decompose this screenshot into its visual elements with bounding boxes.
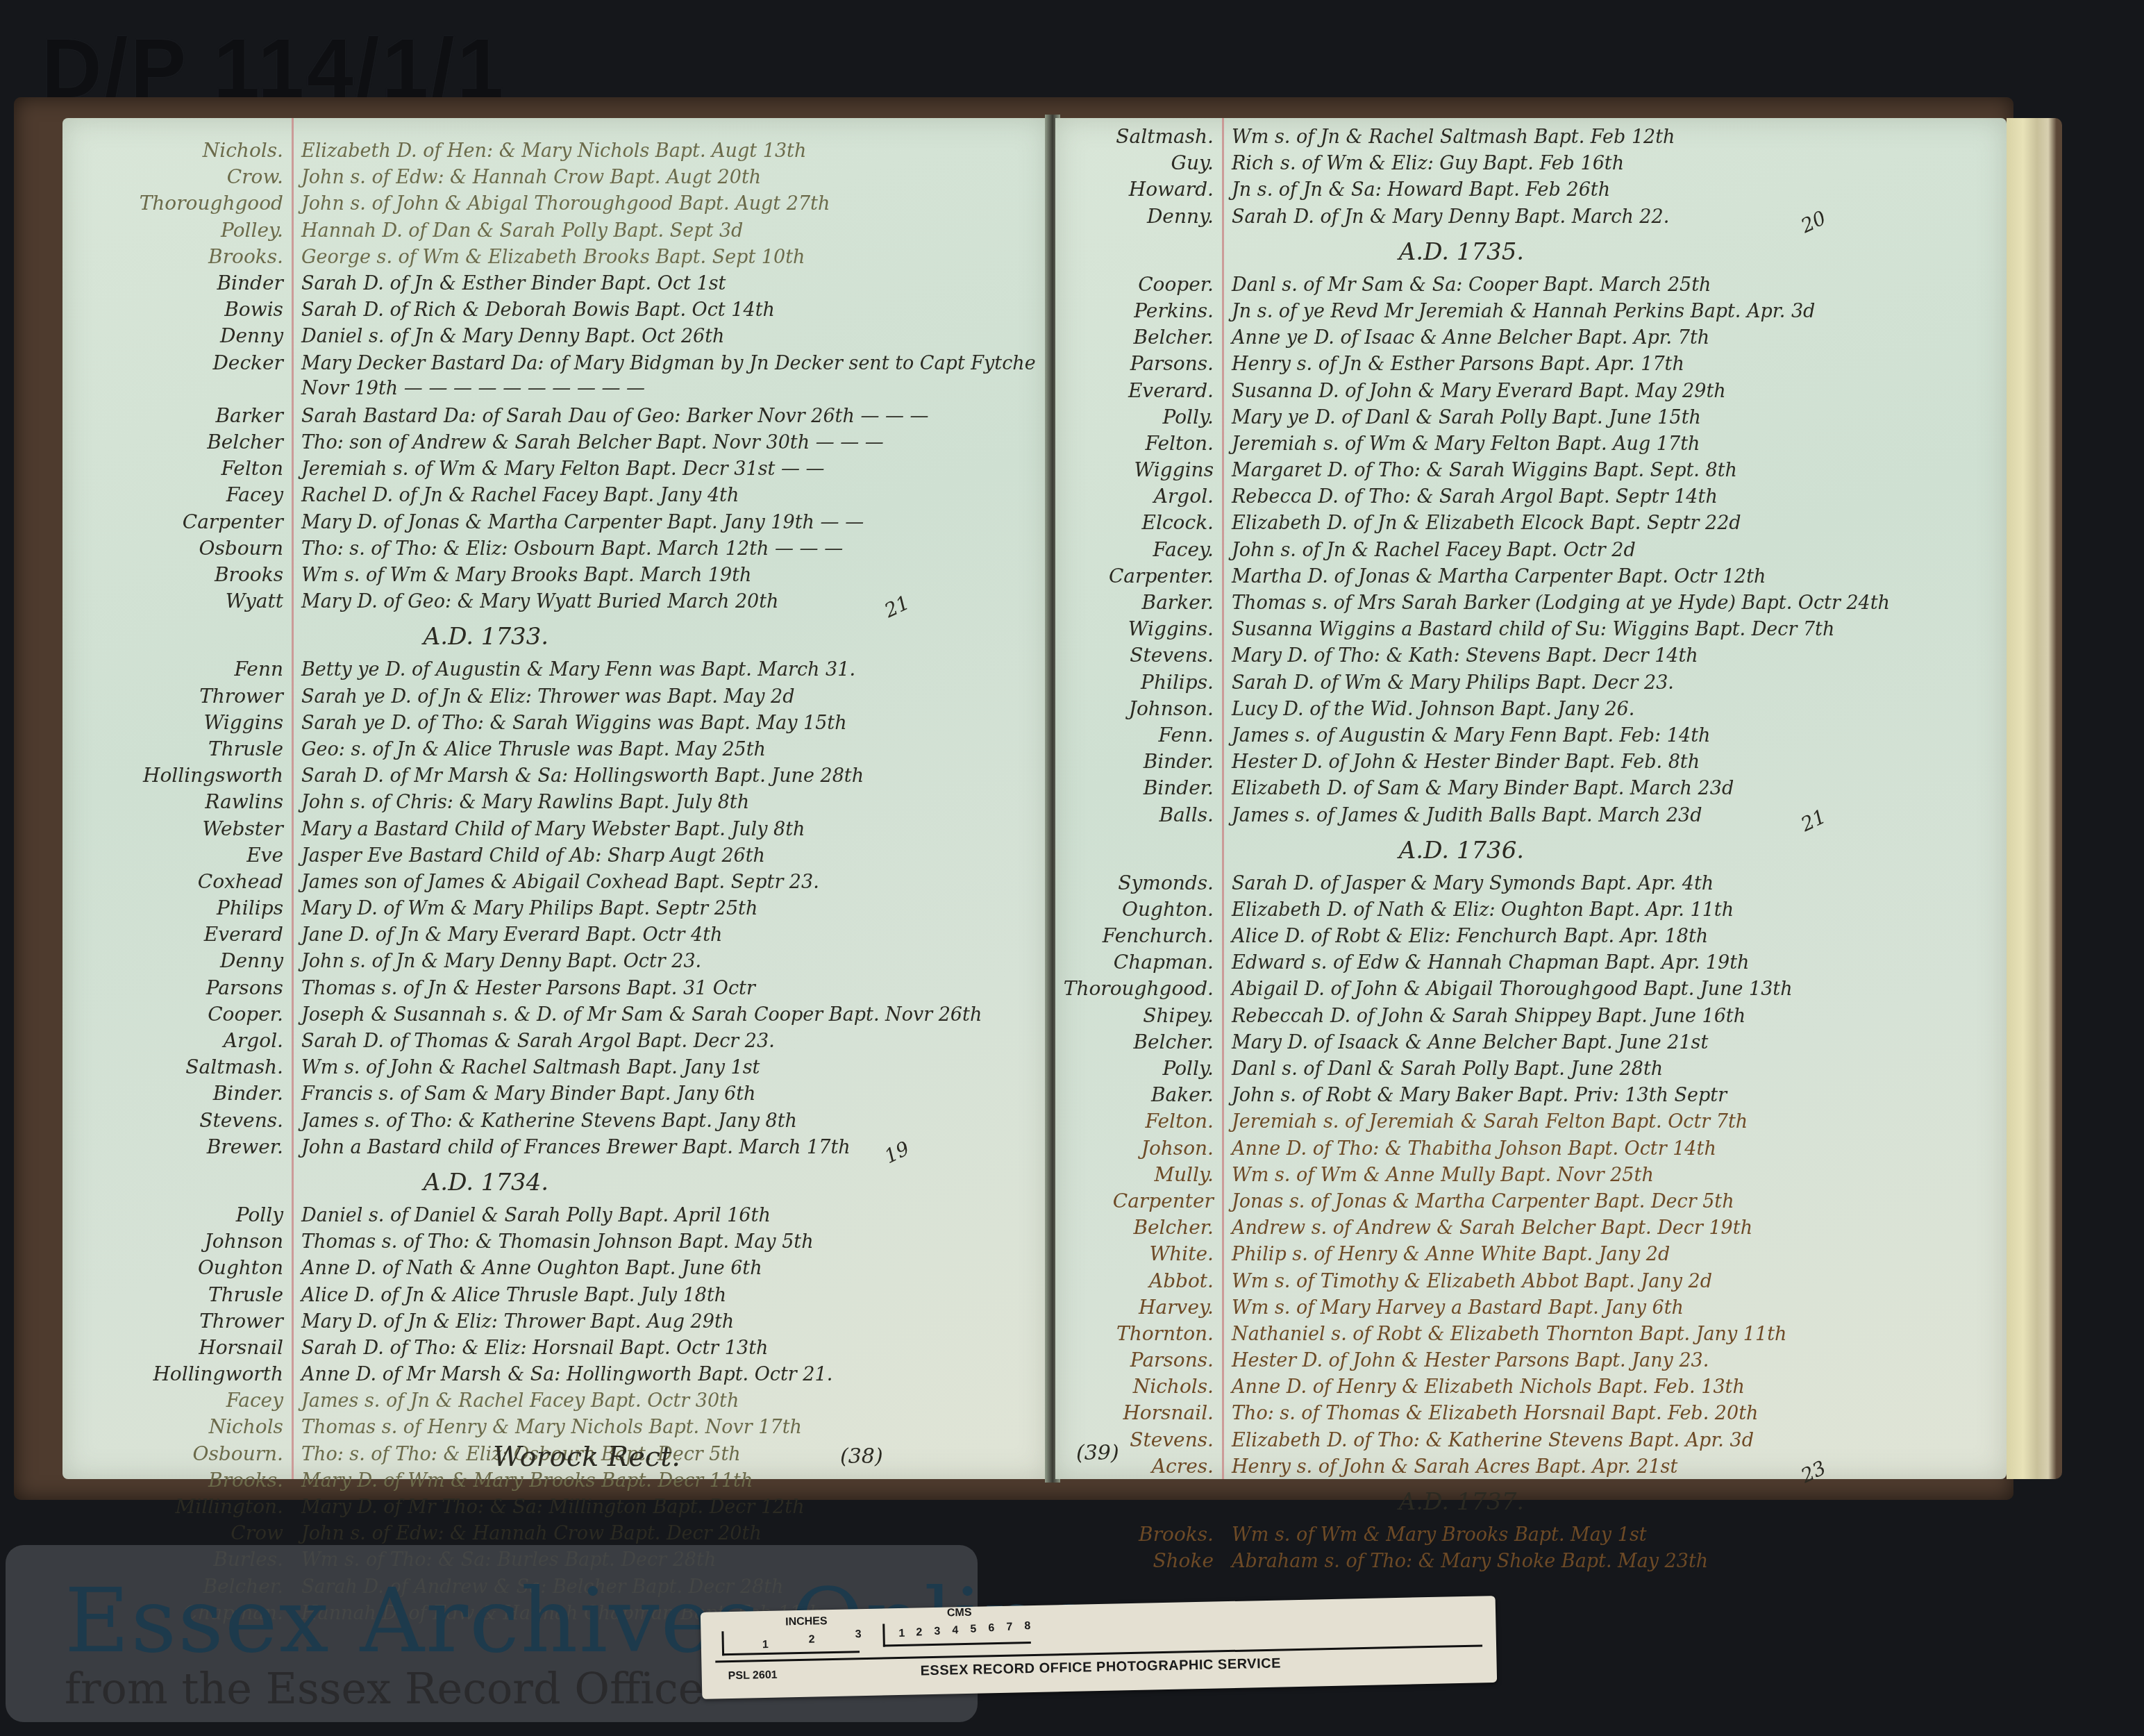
entry-text: Danl s. of Mr Sam & Sa: Cooper Bapt. Mar… (1222, 274, 2007, 296)
entry-surname: Hollingworth (62, 1362, 292, 1385)
entry-text: Elizabeth D. of Hen: & Mary Nichols Bapt… (292, 140, 1048, 162)
entry-surname: Johson. (1055, 1137, 1222, 1160)
register-entry: Shipey.Rebeccah D. of John & Sarah Shipp… (1055, 1004, 2007, 1030)
entry-text: Mary a Bastard Child of Mary Webster Bap… (292, 819, 1048, 840)
entry-surname: Belcher. (1055, 1216, 1222, 1239)
entry-text: Anne ye D. of Isaac & Anne Belcher Bapt.… (1222, 327, 2007, 349)
inch-tick: 2 (808, 1634, 814, 1646)
register-entry: OughtonAnne D. of Nath & Anne Oughton Ba… (62, 1256, 1048, 1283)
page-number: (38) (840, 1444, 883, 1469)
entry-text: Mary D. of Geo: & Mary Wyatt Buried Marc… (292, 591, 1048, 612)
register-entry: DeckerMary Decker Bastard Da: of Mary Bi… (62, 351, 1048, 378)
register-entry: Crow.John s. of Edw: & Hannah Crow Bapt.… (62, 165, 1048, 192)
register-entry: FeltonJeremiah s. of Wm & Mary Felton Ba… (62, 457, 1048, 483)
entry-text: Jasper Eve Bastard Child of Ab: Sharp Au… (292, 845, 1048, 867)
entry-text: Alice D. of Jn & Alice Thrusle Bapt. Jul… (292, 1285, 1048, 1306)
register-entry: ShokeAbraham s. of Tho: & Mary Shoke Bap… (1055, 1549, 2007, 1576)
register-entry: Binder.Elizabeth D. of Sam & Mary Binder… (1055, 776, 2007, 803)
entry-surname: Saltmash. (62, 1055, 292, 1078)
register-entry: OsbournTho: s. of Tho: & Eliz: Osbourn B… (62, 537, 1048, 563)
entry-text: Sarah D. of Jasper & Mary Symonds Bapt. … (1222, 873, 2007, 894)
register-entry: Novr 19th — — — — — — — — — — (62, 378, 1048, 404)
inch-tick: 3 (855, 1628, 861, 1641)
entry-text: Hannah D. of Dan & Sarah Polly Bapt. Sep… (292, 220, 1048, 242)
entry-surname: Horsnail (62, 1336, 292, 1359)
register-entry: Abbot.Wm s. of Timothy & Elizabeth Abbot… (1055, 1269, 2007, 1296)
entry-surname: Oughton. (1055, 898, 1222, 921)
inch-scale (721, 1628, 860, 1655)
register-entry: WigginsSarah ye D. of Tho: & Sarah Wiggi… (62, 711, 1048, 737)
entry-surname: Fenn. (1055, 724, 1222, 746)
entry-surname: Carpenter (1055, 1190, 1222, 1212)
entry-surname: Denny (62, 949, 292, 972)
register-entry: Thoroughgood.Abigail D. of John & Abigai… (1055, 977, 2007, 1003)
entry-surname: Everard. (1055, 379, 1222, 402)
register-entry: Everard.Susanna D. of John & Mary Everar… (1055, 379, 2007, 406)
entry-surname: Polly. (1055, 1057, 1222, 1080)
register-entry: Nichols.Anne D. of Henry & Elizabeth Nic… (1055, 1375, 2007, 1401)
entry-surname: Thrower (62, 685, 292, 708)
entry-surname: Wiggins. (1055, 617, 1222, 640)
register-entry: DennyJohn s. of Jn & Mary Denny Bapt. Oc… (62, 949, 1048, 976)
entry-text: Jeremiah s. of Jeremiah & Sarah Felton B… (1222, 1111, 2007, 1133)
watermark-subtitle: from the Essex Record Office (65, 1663, 704, 1714)
entry-surname: Decker (62, 351, 292, 374)
entry-text: Jeremiah s. of Wm & Mary Felton Bapt. Au… (1222, 433, 2007, 455)
register-entry: ThrowerSarah ye D. of Jn & Eliz: Thrower… (62, 685, 1048, 711)
entry-surname: Philips. (1055, 671, 1222, 694)
year-heading: A.D. 1736. (1055, 830, 2007, 871)
entry-text: Abraham s. of Tho: & Mary Shoke Bapt. Ma… (1222, 1551, 2007, 1572)
entry-text: Anne D. of Mr Marsh & Sa: Hollingworth B… (292, 1364, 1048, 1385)
register-entry: CrowJohn s. of Edw: & Hannah Crow Bapt. … (62, 1521, 1048, 1548)
entry-text: John s. of Edw: & Hannah Crow Bapt. Augt… (292, 167, 1048, 188)
entry-text: Thomas s. of Henry & Mary Nichols Bapt. … (292, 1417, 1048, 1438)
entry-surname: Symonds. (1055, 871, 1222, 894)
right-page: Saltmash.Wm s. of Jn & Rachel Saltmash B… (1055, 118, 2007, 1479)
entry-surname: Thrusle (62, 737, 292, 760)
register-entry: Symonds.Sarah D. of Jasper & Mary Symond… (1055, 871, 2007, 898)
register-entry: Oughton.Elizabeth D. of Nath & Eliz: Oug… (1055, 898, 2007, 924)
entry-surname: Fenchurch. (1055, 924, 1222, 947)
register-entries: Saltmash.Wm s. of Jn & Rachel Saltmash B… (1055, 125, 2007, 1576)
entry-surname: Binder. (1055, 750, 1222, 773)
entry-text: Henry s. of Jn & Esther Parsons Bapt. Ap… (1222, 353, 2007, 375)
entry-surname: Cooper. (62, 1003, 292, 1026)
ruler-code: PSL 2601 (728, 1669, 778, 1683)
entry-surname: Polly. (1055, 406, 1222, 428)
entry-surname: Binder. (1055, 776, 1222, 799)
entry-surname: Chapman. (1055, 951, 1222, 974)
entry-surname: Belcher (62, 431, 292, 453)
entry-surname: Wiggins (62, 711, 292, 734)
inch-tick: 1 (762, 1639, 769, 1651)
entry-surname: Brooks (62, 563, 292, 586)
register-entry: Parsons.Henry s. of Jn & Esther Parsons … (1055, 352, 2007, 378)
entry-text: Novr 19th — — — — — — — — — — (292, 378, 1048, 399)
register-entry: Stevens.James s. of Tho: & Katherine Ste… (62, 1109, 1048, 1135)
entry-surname: Parsons (62, 976, 292, 999)
entry-surname: Brooks. (62, 1469, 292, 1492)
entry-surname: Nichols (62, 1415, 292, 1438)
entry-text: Mary D. of Isaack & Anne Belcher Bapt. J… (1222, 1032, 2007, 1053)
register-entry: Cooper.Joseph & Susannah s. & D. of Mr S… (62, 1003, 1048, 1029)
entry-surname: Eve (62, 844, 292, 867)
entry-text: Susanna D. of John & Mary Everard Bapt. … (1222, 381, 2007, 402)
register-entry: Mully.Wm s. of Wm & Anne Mully Bapt. Nov… (1055, 1163, 2007, 1190)
entry-text: Tho: s. of Thomas & Elizabeth Horsnail B… (1222, 1403, 2007, 1424)
entry-text: John s. of John & Abigal Thoroughgood Ba… (292, 193, 1048, 215)
entry-text: Wm s. of Wm & Anne Mully Bapt. Novr 25th (1222, 1165, 2007, 1186)
cm-tick: 1 (898, 1628, 905, 1640)
entry-surname: Crow (62, 1521, 292, 1544)
entry-surname: White. (1055, 1242, 1222, 1265)
entry-surname: Facey. (1055, 538, 1222, 561)
entry-surname: Johnson. (1055, 697, 1222, 720)
register-entry: Polly.Danl s. of Danl & Sarah Polly Bapt… (1055, 1057, 2007, 1083)
entry-surname: Stevens. (1055, 644, 1222, 667)
entry-surname: Argol. (62, 1029, 292, 1052)
register-entry: RawlinsJohn s. of Chris: & Mary Rawlins … (62, 790, 1048, 817)
register-entry: CoxheadJames son of James & Abigail Coxh… (62, 870, 1048, 896)
register-entry: Saltmash.Wm s. of Jn & Rachel Saltmash B… (1055, 125, 2007, 151)
entry-text: Rebeccah D. of John & Sarah Shippey Bapt… (1222, 1005, 2007, 1027)
entry-surname: Elcock. (1055, 511, 1222, 534)
entry-surname: Philips (62, 896, 292, 919)
entry-text: Alice D. of Robt & Eliz: Fenchurch Bapt.… (1222, 926, 2007, 947)
entry-text: Philip s. of Henry & Anne White Bapt. Ja… (1222, 1244, 2007, 1265)
register-entry: BarkerSarah Bastard Da: of Sarah Dau of … (62, 404, 1048, 431)
entry-surname: Brooks. (62, 245, 292, 268)
register-entry: CarpenterJonas s. of Jonas & Martha Carp… (1055, 1190, 2007, 1216)
entry-surname: Denny (62, 324, 292, 347)
entry-text: James s. of James & Judith Balls Bapt. M… (1222, 805, 2007, 826)
register-entry: Nichols.Elizabeth D. of Hen: & Mary Nich… (62, 139, 1048, 165)
register-entry: EverardJane D. of Jn & Mary Everard Bapt… (62, 923, 1048, 949)
entry-surname: Belcher. (1055, 326, 1222, 349)
entry-text: Wm s. of Jn & Rachel Saltmash Bapt. Feb … (1222, 126, 2007, 148)
entry-text: Francis s. of Sam & Mary Binder Bapt. Ja… (292, 1083, 1048, 1105)
entry-text: Mary ye D. of Danl & Sarah Polly Bapt. J… (1222, 407, 2007, 428)
entry-surname: Hollingsworth (62, 764, 292, 787)
cm-tick: 7 (1006, 1621, 1012, 1634)
entry-text: Mary D. of Wm & Mary Brooks Bapt. Decr 1… (292, 1470, 1048, 1492)
register-entry: Johnson.Lucy D. of the Wid. Johnson Bapt… (1055, 697, 2007, 724)
entry-surname: Felton. (1055, 1110, 1222, 1133)
cm-tick: 3 (934, 1626, 940, 1638)
register-entry: Millington.Mary D. of Mr Tho: & Sa: Mill… (62, 1495, 1048, 1521)
register-entry: Fenn.James s. of Augustin & Mary Fenn Ba… (1055, 724, 2007, 750)
register-entry: NicholsThomas s. of Henry & Mary Nichols… (62, 1415, 1048, 1442)
entry-text: Edward s. of Edw & Hannah Chapman Bapt. … (1222, 952, 2007, 974)
register-entry: HollingsworthSarah D. of Mr Marsh & Sa: … (62, 764, 1048, 790)
register-entry: WebsterMary a Bastard Child of Mary Webs… (62, 817, 1048, 844)
register-entry: Parsons.Hester D. of John & Hester Parso… (1055, 1349, 2007, 1375)
register-entry: Denny.Sarah D. of Jn & Mary Denny Bapt. … (1055, 205, 2007, 231)
entry-surname: Saltmash. (1055, 125, 1222, 148)
entry-text: Anne D. of Tho: & Thabitha Johson Bapt. … (1222, 1138, 2007, 1160)
register-entry: Stevens.Mary D. of Tho: & Kath: Stevens … (1055, 644, 2007, 670)
register-entry: Wiggins.Susanna Wiggins a Bastard child … (1055, 617, 2007, 644)
register-entry: FaceyJames s. of Jn & Rachel Facey Bapt.… (62, 1389, 1048, 1415)
entry-surname: Howard. (1055, 178, 1222, 201)
entry-text: Hester D. of John & Hester Binder Bapt. … (1222, 751, 2007, 773)
cm-tick: 8 (1024, 1620, 1030, 1633)
register-entry: FaceyRachel D. of Jn & Rachel Facey Bapt… (62, 483, 1048, 510)
entry-text: Rebecca D. of Tho: & Sarah Argol Bapt. S… (1222, 486, 2007, 508)
entry-text: Elizabeth D. of Nath & Eliz: Oughton Bap… (1222, 899, 2007, 921)
cm-tick: 2 (916, 1626, 922, 1639)
entry-text: Sarah Bastard Da: of Sarah Dau of Geo: B… (292, 406, 1048, 427)
register-entry: Polly.Mary ye D. of Danl & Sarah Polly B… (1055, 406, 2007, 432)
entry-text: John s. of Jn & Mary Denny Bapt. Octr 23… (292, 951, 1048, 972)
register-entry: PhilipsMary D. of Wm & Mary Philips Bapt… (62, 896, 1048, 923)
entry-text: Elizabeth D. of Tho: & Katherine Stevens… (1222, 1430, 2007, 1451)
entry-surname: Felton. (1055, 432, 1222, 455)
register-entry: Stevens.Elizabeth D. of Tho: & Katherine… (1055, 1428, 2007, 1455)
entry-text: Margaret D. of Tho: & Sarah Wiggins Bapt… (1222, 460, 2007, 481)
entry-surname: Abbot. (1055, 1269, 1222, 1292)
entry-text: James s. of Augustin & Mary Fenn Bapt. F… (1222, 725, 2007, 746)
entry-text: Sarah ye D. of Jn & Eliz: Thrower was Ba… (292, 686, 1048, 708)
register-entry: Brooks.George s. of Wm & Elizabeth Brook… (62, 245, 1048, 272)
entry-text: Jn s. of Jn & Sa: Howard Bapt. Feb 26th (1222, 179, 2007, 201)
entry-text: Lucy D. of the Wid. Johnson Bapt. Jany 2… (1222, 699, 2007, 720)
entry-surname: Polley. (62, 219, 292, 242)
register-entry: Felton.Jeremiah s. of Wm & Mary Felton B… (1055, 432, 2007, 458)
entry-text: Susanna Wiggins a Bastard child of Su: W… (1222, 619, 2007, 640)
entry-text: James s. of Jn & Rachel Facey Bapt. Octr… (292, 1390, 1048, 1412)
entry-text: Thomas s. of Mrs Sarah Barker (Lodging a… (1222, 592, 2007, 614)
entry-surname: Argol. (1055, 485, 1222, 508)
entry-surname: Polly (62, 1203, 292, 1226)
register-entry: Facey.John s. of Jn & Rachel Facey Bapt.… (1055, 538, 2007, 565)
register-entry: Cooper.Danl s. of Mr Sam & Sa: Cooper Ba… (1055, 273, 2007, 299)
year-heading: A.D. 1735. (1055, 231, 2007, 273)
register-entry: Harvey.Wm s. of Mary Harvey a Bastard Ba… (1055, 1296, 2007, 1322)
entry-surname: Millington. (62, 1495, 292, 1518)
entry-surname: Barker. (1055, 591, 1222, 614)
entry-surname: Fenn (62, 658, 292, 681)
scale-ruler: INCHES 1 2 3 CMS 1 2 3 4 5 6 7 8 PSL 260… (701, 1596, 1497, 1699)
entry-surname: Oughton (62, 1256, 292, 1279)
entry-surname: Coxhead (62, 870, 292, 893)
entry-surname: Brooks. (1055, 1523, 1222, 1546)
entry-text: Anne D. of Henry & Elizabeth Nichols Bap… (1222, 1376, 2007, 1398)
entry-text: James son of James & Abigail Coxhead Bap… (292, 871, 1048, 893)
entry-text: Wm s. of Wm & Mary Brooks Bapt. May 1st (1222, 1524, 2007, 1546)
register-entry: Belcher.Mary D. of Isaack & Anne Belcher… (1055, 1030, 2007, 1057)
register-entry: BelcherTho: son of Andrew & Sarah Belche… (62, 431, 1048, 457)
entry-text: Jn s. of ye Revd Mr Jeremiah & Hannah Pe… (1222, 301, 2007, 322)
register-entry: Baker.John s. of Robt & Mary Baker Bapt.… (1055, 1083, 2007, 1110)
entry-surname: Facey (62, 1389, 292, 1412)
entry-surname: Binder (62, 272, 292, 294)
entry-surname: Horsnail. (1055, 1401, 1222, 1424)
entry-surname: Carpenter (62, 510, 292, 533)
entry-text: Sarah D. of Rich & Deborah Bowis Bapt. O… (292, 299, 1048, 321)
register-entry: BowisSarah D. of Rich & Deborah Bowis Ba… (62, 298, 1048, 324)
entry-text: Joseph & Susannah s. & D. of Mr Sam & Sa… (292, 1004, 1048, 1026)
entry-text: Mary D. of Jonas & Martha Carpenter Bapt… (292, 512, 1048, 533)
entry-surname: Brewer. (62, 1135, 292, 1158)
register-entry: Carpenter.Martha D. of Jonas & Martha Ca… (1055, 565, 2007, 591)
entry-text: Abigail D. of John & Abigail Thoroughgoo… (1222, 978, 2007, 1000)
entry-text: Wm s. of Timothy & Elizabeth Abbot Bapt.… (1222, 1271, 2007, 1292)
register-entry: Saltmash.Wm s. of John & Rachel Saltmash… (62, 1055, 1048, 1082)
register-entry: Binder.Francis s. of Sam & Mary Binder B… (62, 1082, 1048, 1108)
entry-surname: Osbourn (62, 537, 292, 560)
entry-surname: Wyatt (62, 590, 292, 612)
entry-surname: Baker. (1055, 1083, 1222, 1106)
entry-surname: Balls. (1055, 803, 1222, 826)
entry-text: Betty ye D. of Augustin & Mary Fenn was … (292, 659, 1048, 681)
register-entry: HorsnailSarah D. of Tho: & Eliz: Horsnai… (62, 1336, 1048, 1362)
register-entry: ThrusleAlice D. of Jn & Alice Thrusle Ba… (62, 1283, 1048, 1310)
entry-surname: Denny. (1055, 205, 1222, 228)
register-entry: Elcock.Elizabeth D. of Jn & Elizabeth El… (1055, 511, 2007, 537)
entry-text: John s. of Edw: & Hannah Crow Bapt. Decr… (292, 1523, 1048, 1544)
register-entry: PollyDaniel s. of Daniel & Sarah Polly B… (62, 1203, 1048, 1230)
entry-text: John s. of Robt & Mary Baker Bapt. Priv:… (1222, 1085, 2007, 1106)
register-entry: ThoroughgoodJohn s. of John & Abigal Tho… (62, 192, 1048, 218)
entry-text: Jeremiah s. of Wm & Mary Felton Bapt. De… (292, 458, 1048, 480)
entry-text: Wm s. of Mary Harvey a Bastard Bapt. Jan… (1222, 1297, 2007, 1319)
entry-text: Mary D. of Wm & Mary Philips Bapt. Septr… (292, 898, 1048, 919)
entry-text: Nathaniel s. of Robt & Elizabeth Thornto… (1222, 1324, 2007, 1345)
entry-text: Jane D. of Jn & Mary Everard Bapt. Octr … (292, 924, 1048, 946)
entry-surname: Thornton. (1055, 1322, 1222, 1345)
cms-label: CMS (947, 1607, 972, 1620)
register-entry: Thornton.Nathaniel s. of Robt & Elizabet… (1055, 1322, 2007, 1349)
entry-text: Andrew s. of Andrew & Sarah Belcher Bapt… (1222, 1217, 2007, 1239)
register-entry: Felton.Jeremiah s. of Jeremiah & Sarah F… (1055, 1110, 2007, 1136)
left-page: Nichols.Elizabeth D. of Hen: & Mary Nich… (62, 118, 1048, 1479)
register-entry: Belcher.Anne ye D. of Isaac & Anne Belch… (1055, 326, 2007, 352)
entry-surname: Thrower (62, 1310, 292, 1333)
entry-surname: Nichols. (62, 139, 292, 162)
register-entry: Fenchurch.Alice D. of Robt & Eliz: Fench… (1055, 924, 2007, 951)
entry-surname: Thrusle (62, 1283, 292, 1306)
register-entry: HollingworthAnne D. of Mr Marsh & Sa: Ho… (62, 1362, 1048, 1389)
entry-text: Thomas s. of Tho: & Thomasin Johnson Bap… (292, 1231, 1048, 1253)
entry-surname: Everard (62, 923, 292, 946)
register-entry: Barker.Thomas s. of Mrs Sarah Barker (Lo… (1055, 591, 2007, 617)
register-entry: DennyDaniel s. of Jn & Mary Denny Bapt. … (62, 324, 1048, 351)
year-heading: A.D. 1734. (62, 1162, 1048, 1203)
entry-surname: Perkins. (1055, 299, 1222, 322)
entry-text: Danl s. of Danl & Sarah Polly Bapt. June… (1222, 1058, 2007, 1080)
entry-surname: Wiggins (1055, 458, 1222, 481)
register-entry: Balls.James s. of James & Judith Balls B… (1055, 803, 2007, 830)
entry-text: Thomas s. of Jn & Hester Parsons Bapt. 3… (292, 978, 1048, 999)
entry-text: Tho: son of Andrew & Sarah Belcher Bapt.… (292, 432, 1048, 453)
entry-text: Sarah D. of Thomas & Sarah Argol Bapt. D… (292, 1030, 1048, 1052)
entry-text: Anne D. of Nath & Anne Oughton Bapt. Jun… (292, 1258, 1048, 1279)
entry-surname: Harvey. (1055, 1296, 1222, 1319)
cm-tick: 6 (988, 1622, 994, 1635)
register-entry: White.Philip s. of Henry & Anne White Ba… (1055, 1242, 2007, 1269)
page-edges (2007, 118, 2062, 1479)
entry-text: Mary Decker Bastard Da: of Mary Bidgman … (292, 353, 1048, 374)
cm-tick: 4 (952, 1624, 958, 1637)
register-entry: ThrusleGeo: s. of Jn & Alice Thrusle was… (62, 737, 1048, 764)
year-heading: A.D. 1733. (62, 616, 1048, 658)
register-entry: Chapman.Edward s. of Edw & Hannah Chapma… (1055, 951, 2007, 977)
entry-surname: Barker (62, 404, 292, 427)
register-entry: Polley.Hannah D. of Dan & Sarah Polly Ba… (62, 219, 1048, 245)
entry-surname: Rawlins (62, 790, 292, 813)
entry-surname: Parsons. (1055, 352, 1222, 375)
rector-signature: Worock Rect. (493, 1441, 680, 1473)
entry-surname: Osbourn. (62, 1442, 292, 1465)
entry-surname: Crow. (62, 165, 292, 188)
register-entry: Philips.Sarah D. of Wm & Mary Philips Ba… (1055, 671, 2007, 697)
register-entry: ParsonsThomas s. of Jn & Hester Parsons … (62, 976, 1048, 1003)
entry-surname: Thoroughgood (62, 192, 292, 215)
register-entry: Argol.Sarah D. of Thomas & Sarah Argol B… (62, 1029, 1048, 1055)
register-entry: Binder.Hester D. of John & Hester Binder… (1055, 750, 2007, 776)
entry-surname: Guy. (1055, 151, 1222, 174)
entry-text: Daniel s. of Daniel & Sarah Polly Bapt. … (292, 1205, 1048, 1226)
entry-text: Mary D. of Mr Tho: & Sa: Millington Bapt… (292, 1496, 1048, 1518)
entry-text: Sarah D. of Wm & Mary Philips Bapt. Decr… (1222, 672, 2007, 694)
entry-text: Geo: s. of Jn & Alice Thrusle was Bapt. … (292, 739, 1048, 760)
register-entry: Howard.Jn s. of Jn & Sa: Howard Bapt. Fe… (1055, 178, 2007, 204)
entry-text: Sarah D. of Jn & Esther Binder Bapt. Oct… (292, 273, 1048, 294)
register-entry: Brooks.Wm s. of Wm & Mary Brooks Bapt. M… (1055, 1523, 2007, 1549)
entry-text: Rachel D. of Jn & Rachel Facey Bapt. Jan… (292, 485, 1048, 506)
year-heading: A.D. 1737. (1055, 1481, 2007, 1523)
ruler-service-label: ESSEX RECORD OFFICE PHOTOGRAPHIC SERVICE (920, 1656, 1281, 1680)
register-entry: JohnsonThomas s. of Tho: & Thomasin John… (62, 1230, 1048, 1256)
entry-text: Elizabeth D. of Sam & Mary Binder Bapt. … (1222, 778, 2007, 799)
register-entry: Acres.Henry s. of John & Sarah Acres Bap… (1055, 1455, 2007, 1481)
register-entry: BrooksWm s. of Wm & Mary Brooks Bapt. Ma… (62, 563, 1048, 590)
page-number: (39) (1076, 1441, 1119, 1465)
entry-text: Martha D. of Jonas & Martha Carpenter Ba… (1222, 566, 2007, 587)
entry-surname: Parsons. (1055, 1349, 1222, 1371)
register-entry: Belcher.Andrew s. of Andrew & Sarah Belc… (1055, 1216, 2007, 1242)
entry-text: Tho: s. of Tho: & Eliz: Osbourn Bapt. Ma… (292, 538, 1048, 560)
register-entry: ThrowerMary D. of Jn & Eliz: Thrower Bap… (62, 1310, 1048, 1336)
cm-tick: 5 (970, 1624, 976, 1636)
register-entry: CarpenterMary D. of Jonas & Martha Carpe… (62, 510, 1048, 537)
register-entry: Johson.Anne D. of Tho: & Thabitha Johson… (1055, 1137, 2007, 1163)
entry-text: Mary D. of Tho: & Kath: Stevens Bapt. De… (1222, 645, 2007, 667)
entry-text: John s. of Chris: & Mary Rawlins Bapt. J… (292, 792, 1048, 813)
register-entry: EveJasper Eve Bastard Child of Ab: Sharp… (62, 844, 1048, 870)
entry-text: Henry s. of John & Sarah Acres Bapt. Apr… (1222, 1456, 2007, 1478)
entry-text: Mary D. of Jn & Eliz: Thrower Bapt. Aug … (292, 1311, 1048, 1333)
register-entry: Perkins.Jn s. of ye Revd Mr Jeremiah & H… (1055, 299, 2007, 326)
entry-surname: Stevens. (62, 1109, 292, 1132)
entry-text: Wm s. of John & Rachel Saltmash Bapt. Ja… (292, 1057, 1048, 1078)
entry-surname: Webster (62, 817, 292, 840)
entry-text: Sarah D. of Mr Marsh & Sa: Hollingsworth… (292, 765, 1048, 787)
register-entry: FennBetty ye D. of Augustin & Mary Fenn … (62, 658, 1048, 684)
register-entry: Horsnail.Tho: s. of Thomas & Elizabeth H… (1055, 1401, 2007, 1428)
entry-surname: Thoroughgood. (1055, 977, 1222, 1000)
register-entry: WigginsMargaret D. of Tho: & Sarah Wiggi… (1055, 458, 2007, 485)
register-entry: Guy.Rich s. of Wm & Eliz: Guy Bapt. Feb … (1055, 151, 2007, 178)
entry-text: Daniel s. of Jn & Mary Denny Bapt. Oct 2… (292, 326, 1048, 347)
entry-text: James s. of Tho: & Katherine Stevens Bap… (292, 1110, 1048, 1132)
register-entry: BinderSarah D. of Jn & Esther Binder Bap… (62, 272, 1048, 298)
entry-text: Hester D. of John & Hester Parsons Bapt.… (1222, 1350, 2007, 1371)
entry-text: Wm s. of Wm & Mary Brooks Bapt. March 19… (292, 565, 1048, 586)
entry-surname: Shipey. (1055, 1004, 1222, 1027)
